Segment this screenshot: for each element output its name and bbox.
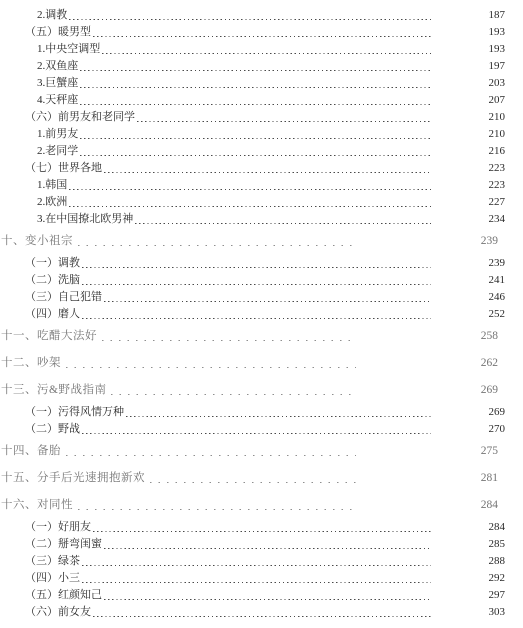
toc-entry: 十三、污&野战指南 269 [0, 381, 505, 398]
dot-leader [78, 234, 356, 249]
dot-leader [82, 307, 431, 322]
toc-entry-page-number: 210 [433, 110, 505, 125]
toc-entry-label: 3.在中国撩北欧男神 [37, 212, 133, 227]
toc-entry: 2.调教 187 [0, 6, 505, 23]
toc-entry-label: （二）野战 [25, 422, 80, 437]
toc-entry-label: 十四、备胎 [1, 444, 61, 459]
dot-leader [102, 42, 431, 57]
toc-entry: 3.巨蟹座 203 [0, 74, 505, 91]
toc-entry-page-number: 288 [433, 554, 505, 569]
toc-entry-page-number: 223 [433, 161, 505, 176]
dot-leader [102, 329, 356, 344]
toc-entry-page-number: 262 [358, 356, 505, 371]
toc-entry: 2.老同学 216 [0, 142, 505, 159]
toc-entry: （七）世界各地 223 [0, 159, 505, 176]
toc-entry-label: （七）世界各地 [25, 161, 102, 176]
toc-entry: 十五、分手后光速拥抱新欢 281 [0, 469, 505, 486]
dot-leader [80, 59, 431, 74]
toc-entry-page-number: 203 [433, 76, 505, 91]
toc-entry-label: （四）小三 [25, 571, 80, 586]
toc-entry: （二）洗脑 241 [0, 271, 505, 288]
toc-entry-page-number: 270 [433, 422, 505, 437]
toc-list: 2.调教 187 （五）暖男型 193 1.中央空调型 193 2.双鱼座 19… [0, 6, 505, 620]
toc-entry-page-number: 285 [433, 537, 505, 552]
toc-entry: 十六、对同性 284 [0, 496, 505, 513]
toc-entry-page-number: 292 [433, 571, 505, 586]
toc-entry-page-number: 246 [433, 290, 505, 305]
dot-leader [93, 25, 431, 40]
dot-leader [69, 178, 431, 193]
toc-entry-page-number: 252 [433, 307, 505, 322]
toc-entry-label: 2.老同学 [37, 144, 78, 159]
toc-entry-page-number: 187 [433, 8, 505, 23]
dot-leader [82, 571, 431, 586]
toc-entry: （五）红颜知己 297 [0, 586, 505, 603]
toc-entry: （六）前男友和老同学 210 [0, 108, 505, 125]
toc-entry: 1.前男友 210 [0, 125, 505, 142]
toc-entry: 4.天秤座 207 [0, 91, 505, 108]
dot-leader [93, 520, 431, 535]
toc-entry-label: 2.调教 [37, 8, 67, 23]
toc-entry: 1.韩国 223 [0, 176, 505, 193]
toc-entry: （四）小三 292 [0, 569, 505, 586]
toc-entry-page-number: 281 [358, 471, 505, 486]
toc-entry-label: 4.天秤座 [37, 93, 78, 108]
toc-entry: 十四、备胎 275 [0, 442, 505, 459]
toc-entry-label: 3.巨蟹座 [37, 76, 78, 91]
toc-entry-label: （六）前男友和老同学 [25, 110, 135, 125]
dot-leader [78, 498, 356, 513]
toc-entry-page-number: 197 [433, 59, 505, 74]
toc-entry-label: 十五、分手后光速拥抱新欢 [1, 471, 145, 486]
toc-entry-page-number: 210 [433, 127, 505, 142]
dot-leader [80, 76, 431, 91]
toc-entry-page-number: 258 [358, 329, 505, 344]
toc-entry-label: （四）磨人 [25, 307, 80, 322]
dot-leader [66, 444, 356, 459]
toc-entry-page-number: 207 [433, 93, 505, 108]
toc-entry-label: （五）红颜知己 [25, 588, 102, 603]
dot-leader [93, 605, 431, 620]
toc-entry-label: 1.中央空调型 [37, 42, 100, 57]
toc-entry-label: 十一、吃醋大法好 [1, 329, 97, 344]
toc-entry-page-number: 239 [358, 234, 505, 249]
toc-entry-label: 1.前男友 [37, 127, 78, 142]
toc-entry-label: （三）绿茶 [25, 554, 80, 569]
toc-entry: 十二、吵架 262 [0, 354, 505, 371]
toc-entry: （五）暖男型 193 [0, 23, 505, 40]
toc-entry: （一）调教 239 [0, 254, 505, 271]
toc-entry-label: （五）暖男型 [25, 25, 91, 40]
toc-entry: 3.在中国撩北欧男神 234 [0, 210, 505, 227]
toc-entry-label: （三）自己犯错 [25, 290, 102, 305]
dot-leader [82, 554, 431, 569]
dot-leader [135, 212, 431, 227]
dot-leader [150, 471, 356, 486]
toc-entry-label: 十、变小祖宗 [1, 234, 73, 249]
toc-entry-page-number: 284 [433, 520, 505, 535]
toc-entry: 2.双鱼座 197 [0, 57, 505, 74]
dot-leader [104, 161, 431, 176]
toc-entry-page-number: 216 [433, 144, 505, 159]
toc-entry: （二）野战 270 [0, 420, 505, 437]
toc-entry-page-number: 303 [433, 605, 505, 620]
toc-entry-page-number: 223 [433, 178, 505, 193]
toc-entry-page-number: 269 [358, 383, 505, 398]
toc-entry: 十、变小祖宗 239 [0, 232, 505, 249]
toc-entry-label: （一）调教 [25, 256, 80, 271]
dot-leader [104, 588, 431, 603]
dot-leader [82, 273, 431, 288]
toc-entry: 十一、吃醋大法好 258 [0, 327, 505, 344]
toc-entry-page-number: 241 [433, 273, 505, 288]
toc-entry: （二）掰弯闺蜜 285 [0, 535, 505, 552]
toc-entry-label: 2.双鱼座 [37, 59, 78, 74]
toc-entry-page-number: 275 [358, 444, 505, 459]
toc-entry: 1.中央空调型 193 [0, 40, 505, 57]
toc-entry-page-number: 269 [433, 405, 505, 420]
toc-entry-page-number: 193 [433, 42, 505, 57]
toc-entry: 2.欧洲 227 [0, 193, 505, 210]
toc-entry-label: 十三、污&野战指南 [1, 383, 106, 398]
toc-entry-page-number: 284 [358, 498, 505, 513]
toc-entry-label: （二）掰弯闺蜜 [25, 537, 102, 552]
toc-entry-label: 十六、对同性 [1, 498, 73, 513]
toc-entry-label: （一）污得风情万种 [25, 405, 124, 420]
toc-entry-page-number: 227 [433, 195, 505, 210]
toc-entry-label: 2.欧洲 [37, 195, 67, 210]
toc-entry-page-number: 239 [433, 256, 505, 271]
document-page: 2.调教 187 （五）暖男型 193 1.中央空调型 193 2.双鱼座 19… [0, 0, 523, 628]
toc-entry: （四）磨人 252 [0, 305, 505, 322]
dot-leader [66, 356, 356, 371]
dot-leader [104, 537, 431, 552]
toc-entry: （六）前女友 303 [0, 603, 505, 620]
toc-entry-label: （六）前女友 [25, 605, 91, 620]
toc-entry-page-number: 297 [433, 588, 505, 603]
toc-entry-label: 十二、吵架 [1, 356, 61, 371]
toc-entry: （三）绿茶 288 [0, 552, 505, 569]
dot-leader [69, 8, 431, 23]
dot-leader [82, 256, 431, 271]
dot-leader [69, 195, 431, 210]
toc-entry: （一）好朋友 284 [0, 518, 505, 535]
dot-leader [111, 383, 356, 398]
dot-leader [80, 93, 431, 108]
toc-entry-label: （一）好朋友 [25, 520, 91, 535]
dot-leader [80, 144, 431, 159]
dot-leader [137, 110, 431, 125]
toc-entry: （三）自己犯错 246 [0, 288, 505, 305]
dot-leader [126, 405, 431, 420]
toc-entry: （一）污得风情万种 269 [0, 403, 505, 420]
dot-leader [80, 127, 431, 142]
dot-leader [82, 422, 431, 437]
toc-entry-label: （二）洗脑 [25, 273, 80, 288]
toc-entry-page-number: 234 [433, 212, 505, 227]
toc-entry-page-number: 193 [433, 25, 505, 40]
toc-entry-label: 1.韩国 [37, 178, 67, 193]
dot-leader [104, 290, 431, 305]
